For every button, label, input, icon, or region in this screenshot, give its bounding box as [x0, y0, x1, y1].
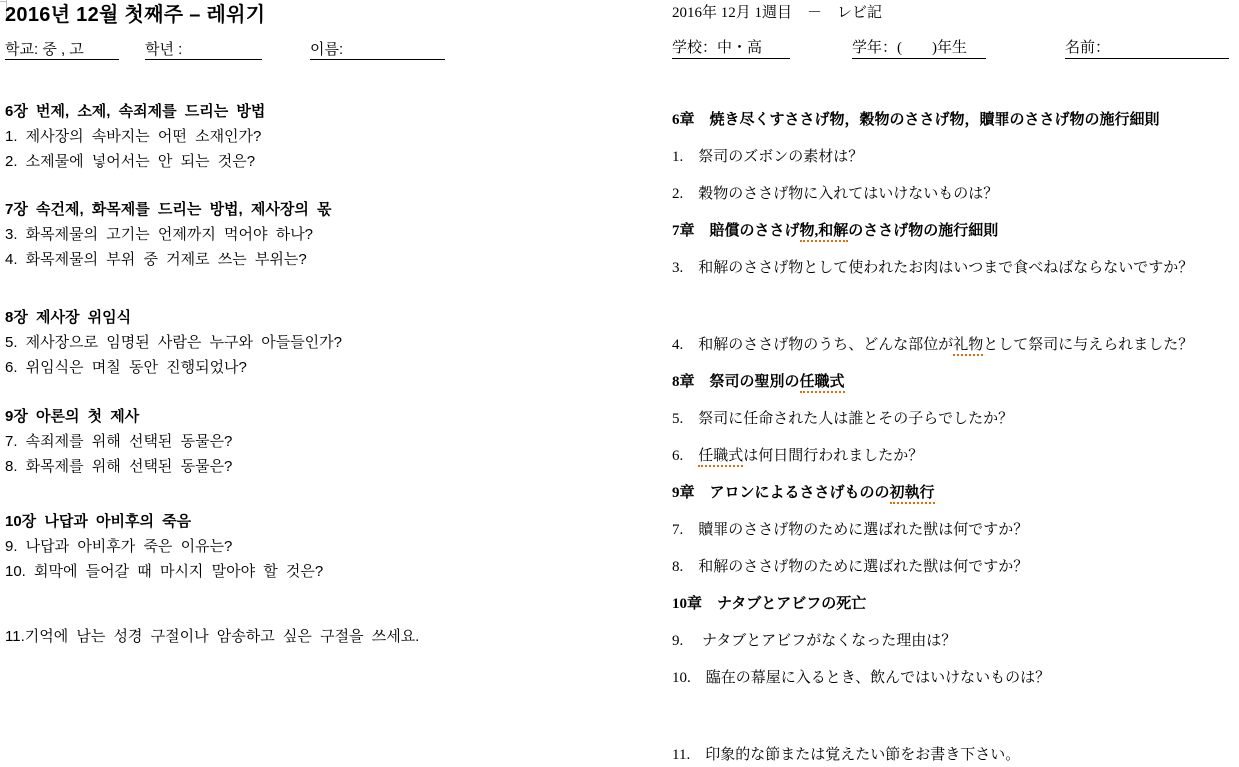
kr-question-11: 11.기억에 남는 성경 구절이나 암송하고 싶은 구절을 쓰세요.	[5, 624, 525, 649]
kr-section-10: 10장 나답과 아비후의 죽음 9. 나답과 아비후가 죽은 이유는? 10. …	[5, 509, 525, 584]
kr-section-7: 7장 속건제, 화목제를 드리는 방법, 제사장의 몫 3. 화목제물의 고기는…	[5, 197, 525, 272]
jp-school-field[interactable]: 学校：中・高	[672, 38, 790, 59]
jp-question-7: 7. 贖罪のささげ物のために選ばれた獣は何ですか？	[672, 512, 1234, 549]
jp-question-9: 9. ナタブとアビフがなくなった理由は？	[672, 623, 1234, 660]
text-segment: のささげ物の施行細則	[848, 223, 998, 239]
jp-question-5: 5. 祭司に任命された人は誰とその子らでしたか？	[672, 401, 1234, 438]
text-segment: 8章 祭司の聖別の	[672, 374, 800, 390]
kr-question-10: 10. 회막에 들어갈 때 마시지 말아야 할 것은?	[5, 559, 525, 584]
text-segment: 3. 和解のささげ物として使われたお肉はいつまで食べねばならないですか？	[672, 260, 1193, 276]
jp-grade-field[interactable]: 学年：( )年生	[852, 38, 986, 59]
kr-question-6: 6. 위임식은 며칠 동안 진행되었나?	[5, 355, 525, 380]
kr-question-3: 3. 화목제물의 고기는 언제까지 먹어야 하나?	[5, 222, 525, 247]
text-segment: 6.	[672, 448, 698, 464]
kr-section-8-heading: 8장 제사장 위임식	[5, 305, 525, 330]
kr-title: 2016년 12월 첫째주 – 레위기	[5, 3, 525, 28]
jp-title: 2016年 12月 1週目 － レビ記	[672, 3, 1234, 23]
spellcheck-underline: 初執行	[890, 485, 935, 504]
text-segment: 9. ナタブとアビフがなくなった理由は？	[672, 633, 956, 649]
jp-question-8: 8. 和解のささげ物のために選ばれた獣は何ですか？	[672, 549, 1234, 586]
text-segment: 10章 ナタブとアビフの死亡	[672, 596, 866, 612]
text-segment: 4. 和解のささげ物のうち、どんな部位が	[672, 337, 953, 353]
text-segment: 1. 祭司のズボンの素材は？	[672, 149, 863, 165]
kr-section-9: 9장 아론의 첫 제사 7. 속죄제를 위해 선택된 동물은? 8. 화목제를 …	[5, 404, 525, 479]
text-segment: として祭司に与えられました？	[983, 337, 1193, 353]
jp-form-row: 学校：中・高学年：( )年生名前：	[672, 38, 1234, 59]
text-segment: 7章 賠償のささげ	[672, 223, 800, 239]
kr-question-9: 9. 나답과 아비후가 죽은 이유는?	[5, 534, 525, 559]
text-segment: 10. 臨在の幕屋に入るとき、飲んではいけないものは？	[672, 670, 1050, 686]
kr-section-7-heading: 7장 속건제, 화목제를 드리는 방법, 제사장의 몫	[5, 197, 525, 222]
japanese-column: 2016年 12月 1週目 － レビ記 学校：中・高学年：( )年生名前： 6章…	[672, 3, 1234, 767]
jp-question-2: 2. 穀物のささげ物に入れてはいけないものは？	[672, 176, 1234, 213]
jp-question-10: 10. 臨在の幕屋に入るとき、飲んではいけないものは？	[672, 660, 1234, 697]
kr-form-row: 학교: 중 , 고학년 :이름:	[5, 39, 525, 60]
text-segment: は何日間行われましたか？	[743, 448, 923, 464]
kr-section-8: 8장 제사장 위임식 5. 제사장으로 임명된 사람은 누구와 아들들인가? 6…	[5, 305, 525, 380]
spellcheck-underline: 任職式	[800, 374, 845, 393]
jp-question-list: 6章 焼き尽くすささげ物，穀物のささげ物，贖罪のささげ物の施行細則 1. 祭司の…	[672, 102, 1234, 767]
spellcheck-underline: 礼物	[953, 337, 983, 356]
text-segment: 7. 贖罪のささげ物のために選ばれた獣は何ですか？	[672, 522, 1028, 538]
kr-question-list: 6장 번제, 소제, 속죄제를 드리는 방법 1. 제사장의 속바지는 어떤 소…	[5, 99, 525, 649]
kr-section-6: 6장 번제, 소제, 속죄제를 드리는 방법 1. 제사장의 속바지는 어떤 소…	[5, 99, 525, 174]
kr-school-field[interactable]: 학교: 중 , 고	[5, 39, 119, 60]
jp-question-6: 6. 任職式は何日間行われましたか？	[672, 438, 1234, 475]
jp-question-1: 1. 祭司のズボンの素材は？	[672, 139, 1234, 176]
jp-section-8-heading: 8章 祭司の聖別の任職式	[672, 364, 1234, 401]
jp-question-3: 3. 和解のささげ物として使われたお肉はいつまで食べねばならないですか？	[672, 250, 1234, 287]
kr-section-9-heading: 9장 아론의 첫 제사	[5, 404, 525, 429]
text-segment: 6章 焼き尽くすささげ物，穀物のささげ物，贖罪のささげ物の施行細則	[672, 112, 1160, 128]
text-segment: 2. 穀物のささげ物に入れてはいけないものは？	[672, 186, 998, 202]
jp-question-11: 11. 印象的な節または覚えたい節をお書き下さい。	[672, 737, 1234, 767]
text-segment: 11. 印象的な節または覚えたい節をお書き下さい。	[672, 747, 1020, 763]
kr-question-1: 1. 제사장의 속바지는 어떤 소재인가?	[5, 124, 525, 149]
text-segment: 5. 祭司に任命された人は誰とその子らでしたか？	[672, 411, 1013, 427]
korean-column: 2016년 12월 첫째주 – 레위기 학교: 중 , 고학년 :이름: 6장 …	[5, 3, 525, 664]
document-page: { "document": { "left": { "title": "2016…	[0, 0, 1239, 767]
spellcheck-underline: 任職式	[698, 448, 743, 467]
text-segment: 8. 和解のささげ物のために選ばれた獣は何ですか？	[672, 559, 1028, 575]
jp-section-9-heading: 9章 アロンによるささげものの初執行	[672, 475, 1234, 512]
text-segment: 9章 アロンによるささげものの	[672, 485, 890, 501]
spellcheck-underline: 物,和解	[800, 223, 849, 242]
kr-question-5: 5. 제사장으로 임명된 사람은 누구와 아들들인가?	[5, 330, 525, 355]
jp-name-field[interactable]: 名前：	[1065, 38, 1229, 59]
kr-grade-field[interactable]: 학년 :	[145, 39, 262, 60]
jp-section-10-heading: 10章 ナタブとアビフの死亡	[672, 586, 1234, 623]
kr-name-field[interactable]: 이름:	[310, 39, 445, 60]
jp-question-4: 4. 和解のささげ物のうち、どんな部位が礼物として祭司に与えられました？	[672, 327, 1234, 364]
kr-question-7: 7. 속죄제를 위해 선택된 동물은?	[5, 429, 525, 454]
kr-question-4: 4. 화목제물의 부위 중 거제로 쓰는 부위는?	[5, 247, 525, 272]
kr-section-10-heading: 10장 나답과 아비후의 죽음	[5, 509, 525, 534]
kr-question-8: 8. 화목제를 위해 선택된 동물은?	[5, 454, 525, 479]
jp-section-6-heading: 6章 焼き尽くすささげ物，穀物のささげ物，贖罪のささげ物の施行細則	[672, 102, 1234, 139]
kr-question-2: 2. 소제물에 넣어서는 안 되는 것은?	[5, 149, 525, 174]
jp-section-7-heading: 7章 賠償のささげ物,和解のささげ物の施行細則	[672, 213, 1234, 250]
kr-section-6-heading: 6장 번제, 소제, 속죄제를 드리는 방법	[5, 99, 525, 124]
